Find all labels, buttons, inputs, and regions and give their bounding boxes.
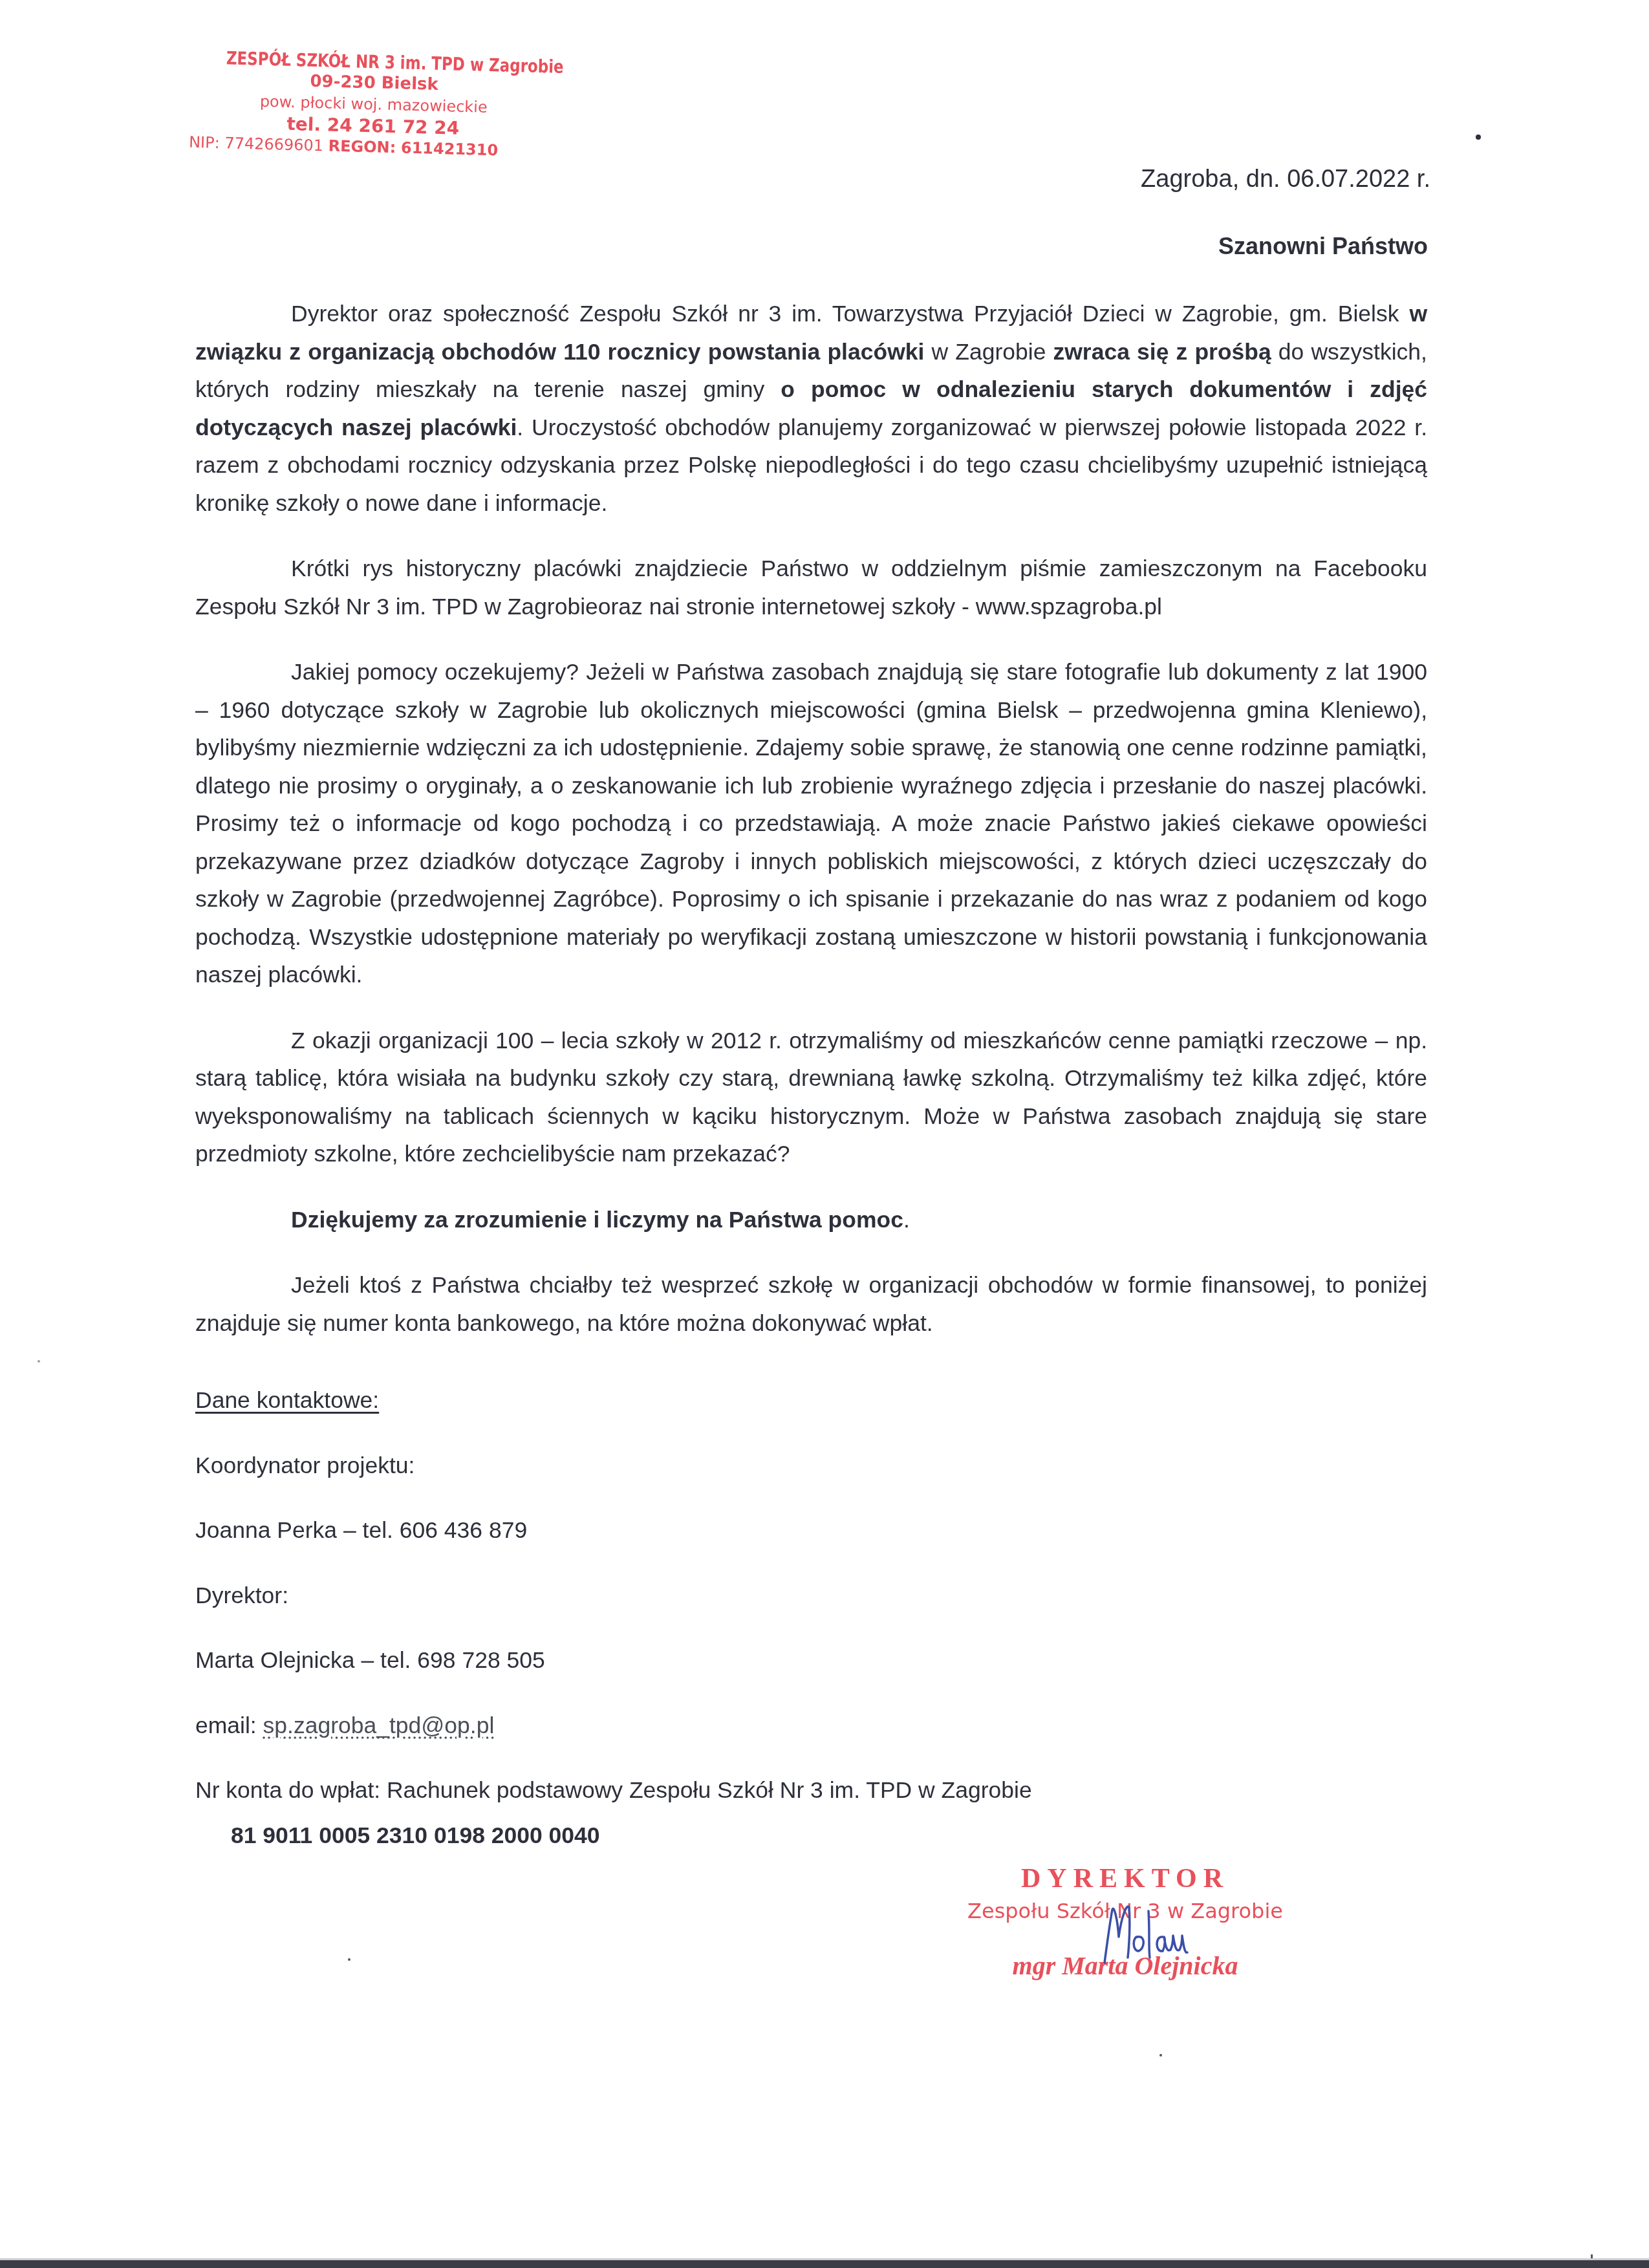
scan-bottom-edge [0,2258,1649,2268]
scan-artifacts [0,0,1649,2268]
